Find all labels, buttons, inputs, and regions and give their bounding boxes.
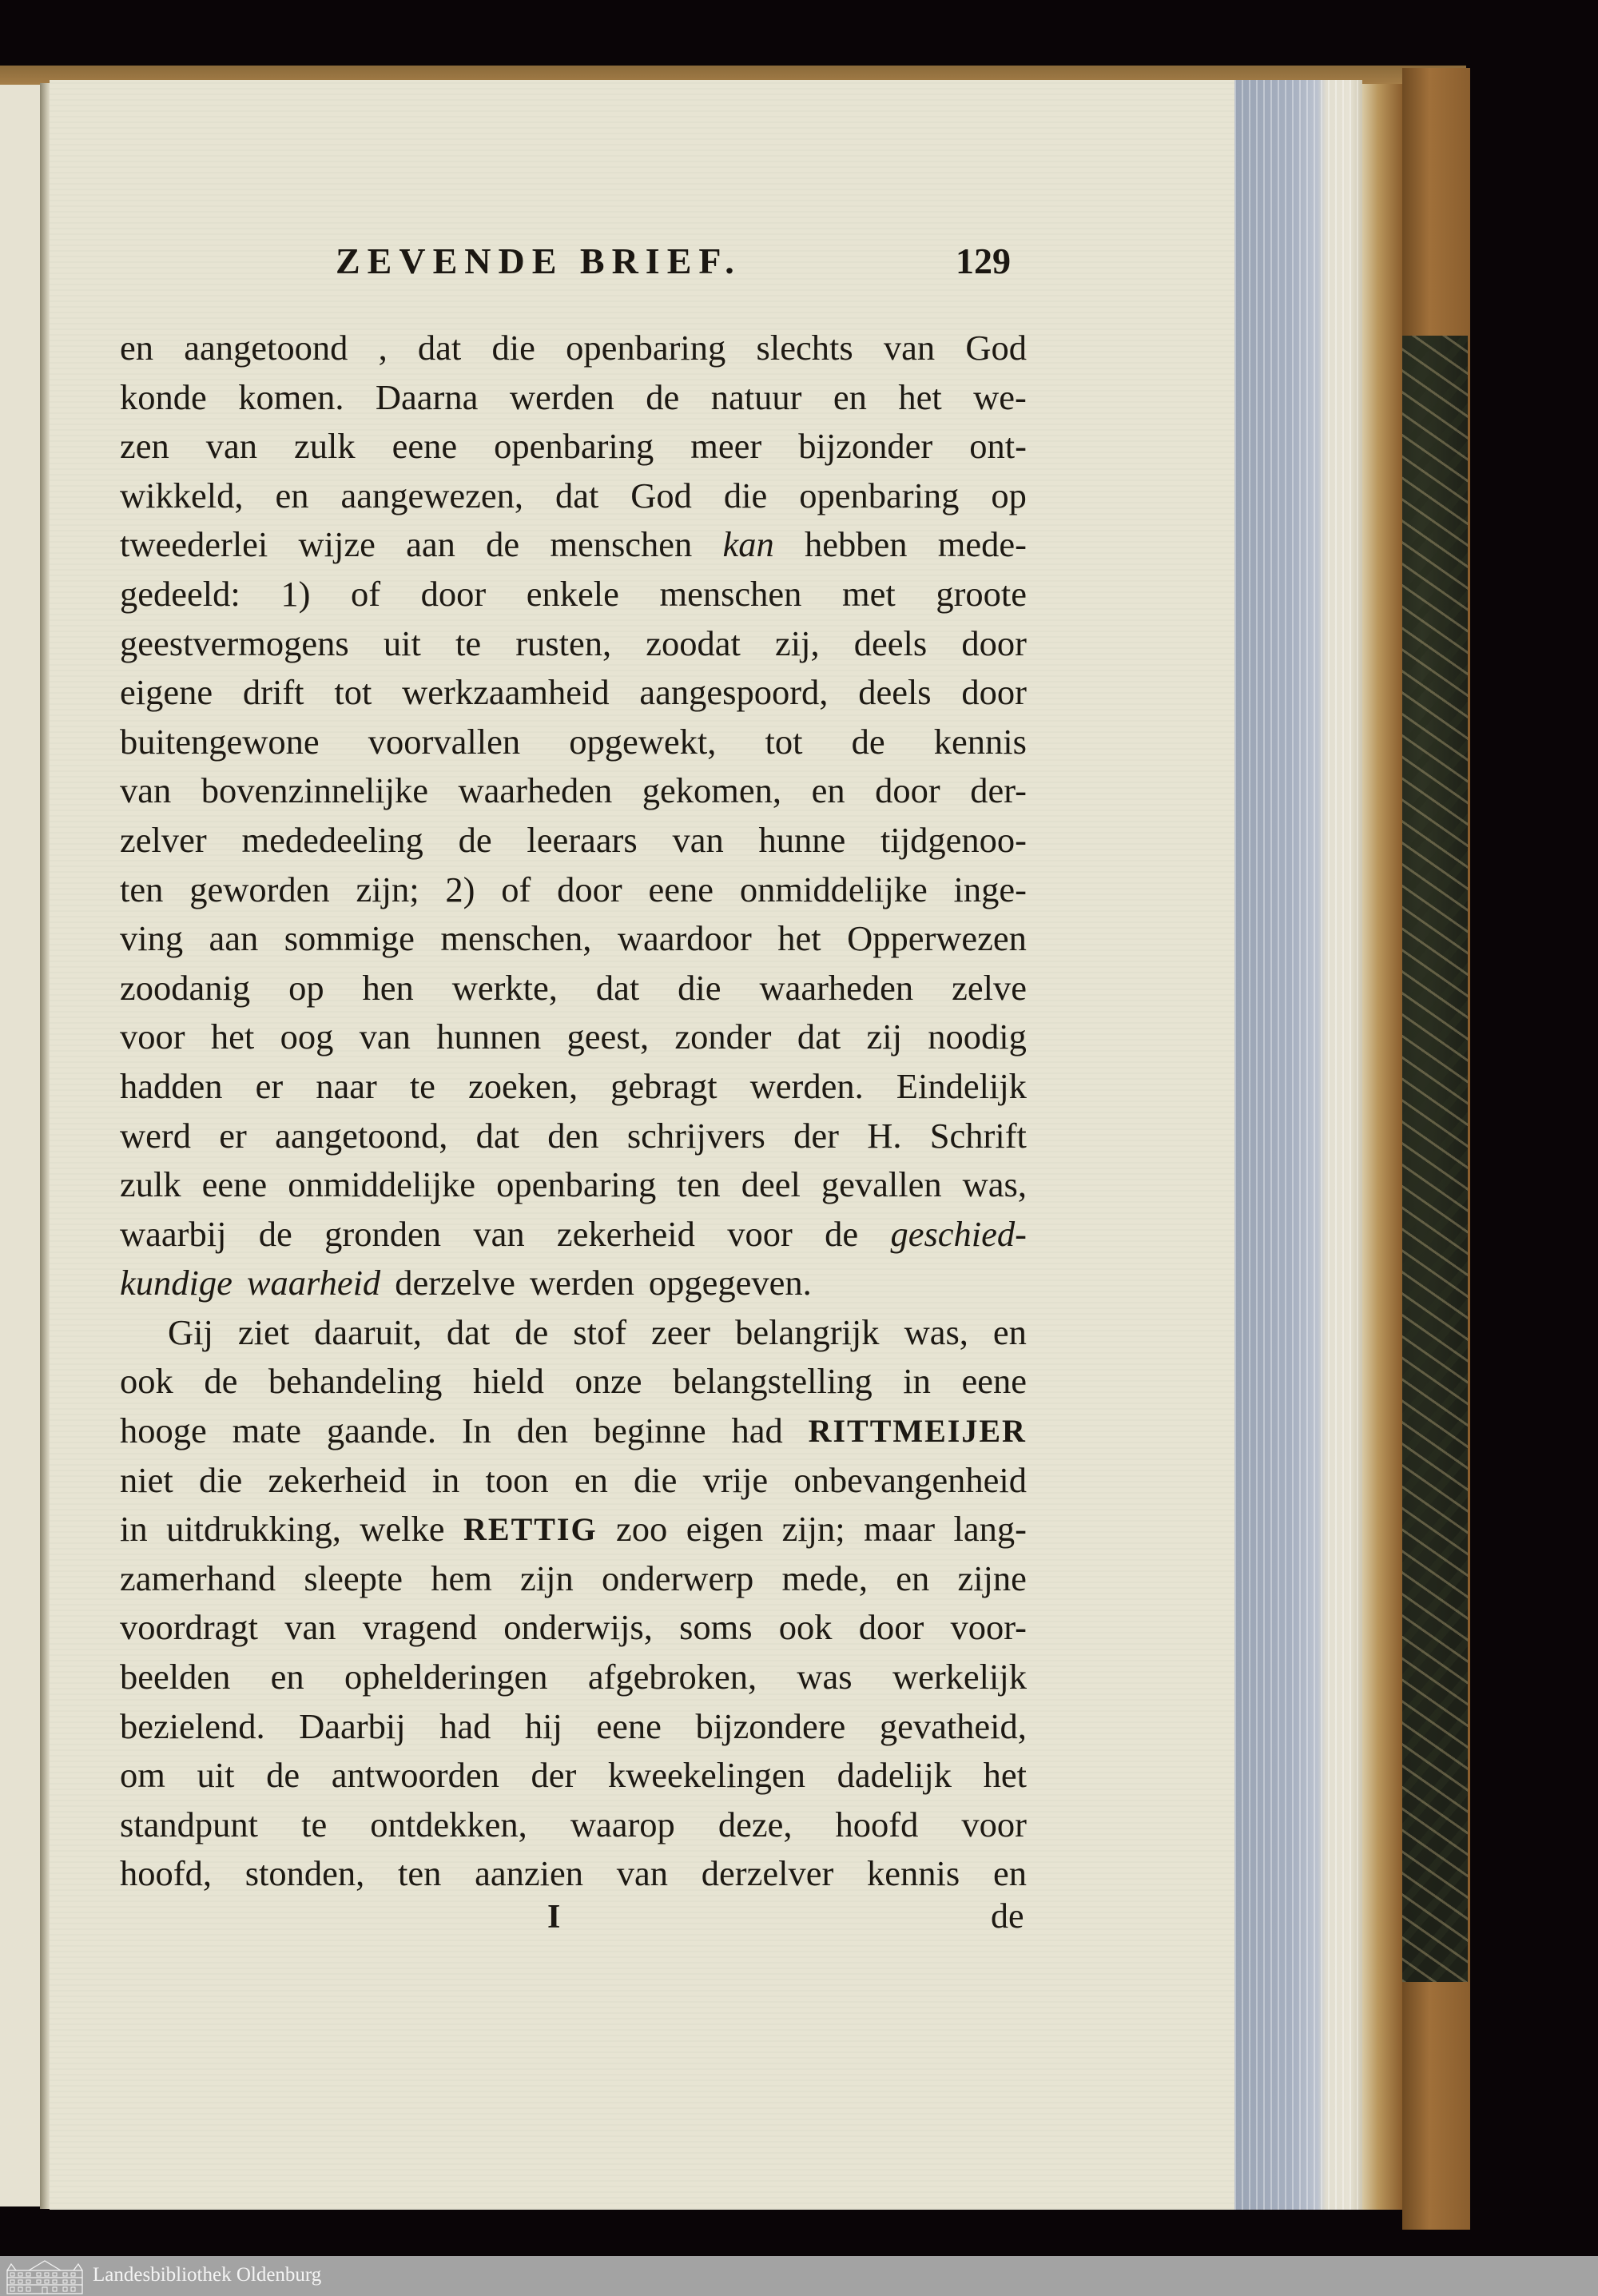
word: of (351, 570, 380, 619)
word: gedeeld: (120, 570, 240, 619)
word: eene (392, 422, 458, 472)
word: komen. (238, 373, 344, 423)
word: zijne (957, 1554, 1026, 1604)
word: zekerheid (557, 1210, 695, 1259)
text-line: omuitdeantwoordenderkweekelingendadelijk… (120, 1751, 1027, 1801)
word: werkelijk (892, 1653, 1027, 1702)
word: groote (936, 570, 1027, 619)
word: deels (858, 668, 931, 718)
word: derzelver (702, 1849, 834, 1899)
word: mede- (938, 520, 1027, 570)
word: deels (854, 619, 927, 669)
word: en (574, 1456, 608, 1506)
word: had (731, 1407, 782, 1456)
word: en (896, 1554, 929, 1604)
text-line: tweederleiwijzeaandemenschenkanhebbenmed… (120, 520, 1027, 570)
text-line: voordragtvanvragendonderwijs,somsookdoor… (120, 1603, 1027, 1653)
left-page-edge (0, 85, 42, 2206)
word: door (961, 668, 1027, 718)
catchword: de (991, 1896, 1024, 1936)
word: hen (363, 964, 414, 1013)
word: zoo (616, 1505, 667, 1554)
word: niet (120, 1456, 173, 1506)
word: door (961, 619, 1027, 669)
word: en (120, 324, 153, 373)
word: ophelderingen (344, 1653, 548, 1702)
word: geest, (567, 1013, 650, 1062)
word: onmiddelijke (288, 1160, 475, 1210)
word: gebragt (610, 1062, 717, 1112)
word: zijn; (782, 1505, 845, 1554)
word: onderwerp (602, 1554, 753, 1604)
word: Opperwezen (847, 914, 1027, 964)
word: rusten, (515, 619, 611, 669)
word: door (421, 570, 487, 619)
word: de (459, 816, 492, 865)
word: die (492, 324, 535, 373)
word: van (884, 324, 935, 373)
page-block-edges (1234, 80, 1362, 2210)
word: werkzaamheid (402, 668, 609, 718)
word: zelve (952, 964, 1027, 1013)
word: zoeken, (468, 1062, 578, 1112)
word: in (120, 1505, 148, 1554)
word: Daarbij (299, 1702, 405, 1752)
word: te (301, 1801, 327, 1850)
word: belangstelling (673, 1357, 873, 1407)
library-building-icon (5, 2259, 85, 2294)
word: natuur (711, 373, 802, 423)
word: belangrijk (735, 1308, 879, 1358)
word: voor (961, 1801, 1027, 1850)
word: hoofd, (120, 1849, 212, 1899)
text-line: nietdiezekerheidintoonendievrijeonbevang… (120, 1456, 1027, 1506)
word: de (266, 1751, 300, 1801)
word: der (793, 1112, 839, 1161)
word: zulk (120, 1160, 181, 1210)
word: buitengewone (120, 718, 320, 767)
text-line: vanbovenzinnelijkewaarhedengekomen,endoo… (120, 766, 1027, 816)
word: aangewezen, (340, 472, 523, 521)
word: de (259, 1210, 292, 1259)
word: deze, (718, 1801, 793, 1850)
word: van (206, 422, 257, 472)
word: ontdekken, (370, 1801, 527, 1850)
word: bijzondere (695, 1702, 845, 1752)
word: hadden (120, 1062, 223, 1112)
word: kweekelingen (608, 1751, 805, 1801)
word: ook (779, 1603, 833, 1653)
word: werd (120, 1112, 191, 1161)
word: inge- (954, 865, 1027, 915)
text-line: zamerhandsleeptehemzijnonderwerpmede,enz… (120, 1554, 1027, 1604)
word: meer (690, 422, 761, 472)
word: het (777, 914, 821, 964)
gutter-shadow (40, 83, 50, 2209)
word: gevatheid, (880, 1702, 1027, 1752)
word: standpunt (120, 1801, 258, 1850)
body-text: enaangetoond,datdieopenbaringslechtsvanG… (120, 324, 1027, 1899)
word: gronden (324, 1210, 441, 1259)
word: was (797, 1653, 852, 1702)
word: de (204, 1357, 237, 1407)
word: tijdgenoo- (880, 816, 1027, 865)
word: de (825, 1210, 858, 1259)
word: van (617, 1849, 668, 1899)
word: werden (510, 373, 614, 423)
word: beelden (120, 1653, 230, 1702)
word: aanzien (475, 1849, 583, 1899)
word: ten (120, 865, 163, 915)
footer-institution-name: Landesbibliothek Oldenburg (93, 2264, 321, 2286)
word: voordragt (120, 1603, 258, 1653)
text-line: kondekomen.Daarnawerdendenatuurenhetwe- (120, 373, 1027, 423)
text-line: zulkeeneonmiddelijkeopenbaringtendeelgev… (120, 1160, 1027, 1210)
word: schrijvers (627, 1112, 765, 1161)
word: aangetoond (184, 324, 348, 373)
word: openbaring (566, 324, 725, 373)
word: door (875, 766, 940, 816)
word: zoodanig (120, 964, 250, 1013)
word: leeraars (527, 816, 637, 865)
word: opgegeven. (649, 1259, 812, 1308)
word: bezielend. (120, 1702, 265, 1752)
word: de (646, 373, 679, 423)
word: menschen (550, 520, 692, 570)
word: onderwijs, (503, 1603, 653, 1653)
text-line: tengewordenzijn;2)ofdooreeneonmiddelijke… (120, 865, 1027, 915)
text-line: wikkeld,enaangewezen,datGoddieopenbaring… (120, 472, 1027, 521)
word: onmiddelijke (740, 865, 928, 915)
word: zijn (520, 1554, 574, 1604)
word: waarbij (120, 1210, 226, 1259)
word: of (501, 865, 531, 915)
word: zamerhand (120, 1554, 276, 1604)
word: en (275, 472, 308, 521)
word: aan (209, 914, 259, 964)
word: toon (485, 1456, 548, 1506)
word: uitdrukking, (166, 1505, 341, 1554)
word: noodig (928, 1013, 1027, 1062)
footer-bar: Landesbibliothek Oldenburg (0, 2256, 1598, 2296)
word: RITTMEIJER (809, 1407, 1027, 1456)
word: menschen, (440, 914, 591, 964)
text-line: hoofd,stonden,tenaanzienvanderzelverkenn… (120, 1849, 1027, 1899)
word: om (120, 1751, 165, 1801)
word: wikkeld, (120, 472, 244, 521)
board-edge (1362, 84, 1402, 2210)
word: derzelve (395, 1259, 515, 1308)
word: hoofd (836, 1801, 919, 1850)
word: sommige (284, 914, 415, 964)
word: naar (316, 1062, 377, 1112)
running-head-title: ZEVENDE BRIEF. (336, 240, 741, 282)
word: waardoor (618, 914, 752, 964)
text-line: geestvermogensuitterusten,zoodatzij,deel… (120, 619, 1027, 669)
text-line: haddenernaartezoeken,gebragtwerden.Einde… (120, 1062, 1027, 1112)
word: welke (360, 1505, 444, 1554)
word: waarheden (759, 964, 913, 1013)
word: de (515, 1308, 548, 1358)
word: de (486, 520, 519, 570)
word: mededeeling (241, 816, 423, 865)
word: ont- (969, 422, 1027, 472)
word: stonden, (245, 1849, 365, 1899)
page-number: 129 (956, 240, 1011, 282)
word: werden (530, 1259, 634, 1308)
word: ziet (238, 1308, 289, 1358)
word: voor (120, 1013, 185, 1062)
word: die (724, 472, 767, 521)
word: daaruit, (314, 1308, 422, 1358)
word: er (256, 1062, 284, 1112)
word: voorvallen (368, 718, 520, 767)
word: eigene (120, 668, 213, 718)
word: eene (596, 1702, 662, 1752)
word: eigen (686, 1505, 763, 1554)
word: bovenzinnelijke (201, 766, 428, 816)
word: waarheden (459, 766, 613, 816)
word: 2) (445, 865, 475, 915)
word: dat (418, 324, 461, 373)
text-line: enaangetoond,datdieopenbaringslechtsvanG… (120, 324, 1027, 373)
word: die (634, 1456, 677, 1506)
word: voor- (951, 1603, 1028, 1653)
marbled-board (1402, 336, 1468, 1982)
word: waarheid (247, 1259, 380, 1308)
word: en (271, 1653, 304, 1702)
word: Eindelijk (896, 1062, 1027, 1112)
word: geworden (189, 865, 329, 915)
word: en (993, 1308, 1027, 1358)
word: aan (406, 520, 455, 570)
word: H. (867, 1112, 901, 1161)
word: openbaring (496, 1160, 656, 1210)
text-line: inuitdrukking,welkeRETTIGzooeigenzijn;ma… (120, 1505, 1027, 1554)
word: dat (596, 964, 639, 1013)
word: opgewekt, (569, 718, 716, 767)
word: tweederlei (120, 520, 268, 570)
word: eene (961, 1357, 1027, 1407)
word: die (199, 1456, 242, 1506)
word: onze (574, 1357, 642, 1407)
text-line: gedeeld:1)ofdoorenkelemenschenmetgroote (120, 570, 1027, 619)
word: werkte, (452, 964, 558, 1013)
word: zijn; (356, 865, 419, 915)
word: zij (867, 1013, 902, 1062)
word: en (833, 373, 867, 423)
word: slechts (757, 324, 853, 373)
word: uit (384, 619, 421, 669)
word: zelver (120, 816, 207, 865)
word: vrije (703, 1456, 769, 1506)
word: bijzonder (798, 422, 932, 472)
word: uit (197, 1751, 235, 1801)
word: kan (723, 520, 774, 570)
word: kennis (934, 718, 1027, 767)
text-line: standpuntteontdekken,waaropdeze,hoofdvoo… (120, 1801, 1027, 1850)
word: zekerheid (268, 1456, 407, 1506)
word: ten (398, 1849, 441, 1899)
word: drift (243, 668, 304, 718)
word: dat (797, 1013, 841, 1062)
word: door (557, 865, 622, 915)
word: Gij (168, 1308, 213, 1358)
word: was, (963, 1160, 1027, 1210)
word: antwoorden (332, 1751, 499, 1801)
word: van (473, 1210, 524, 1259)
word: dat (447, 1308, 490, 1358)
word: , (379, 324, 388, 373)
word: van (284, 1603, 336, 1653)
word: in (903, 1357, 931, 1407)
word: gevallen (821, 1160, 942, 1210)
word: onbevangenheid (793, 1456, 1027, 1506)
text-line: waarbijdegrondenvanzekerheidvoordegeschi… (120, 1210, 1027, 1259)
text-line: kundigewaarheidderzelvewerdenopgegeven. (120, 1259, 1027, 1308)
word: 1) (280, 570, 310, 619)
word: voor (727, 1210, 793, 1259)
word: aangetoond, (275, 1112, 447, 1161)
word: zoodat (646, 619, 741, 669)
word: het (211, 1013, 254, 1062)
word: den (517, 1407, 568, 1456)
word: der- (970, 766, 1027, 816)
word: geschied- (890, 1210, 1027, 1259)
word: aangespoord, (639, 668, 828, 718)
word: den (547, 1112, 598, 1161)
word: er (219, 1112, 247, 1161)
signature-mark: I (547, 1898, 560, 1936)
word: die (678, 964, 721, 1013)
word: konde (120, 373, 207, 423)
word: en (993, 1849, 1027, 1899)
word: In (462, 1407, 491, 1456)
word: hebben (805, 520, 908, 570)
word: Daarna (376, 373, 478, 423)
word: sleepte (304, 1554, 403, 1604)
word: was, (904, 1308, 968, 1358)
word: enkele (527, 570, 619, 619)
word: mede, (781, 1554, 868, 1604)
word: zen (120, 422, 169, 472)
text-line: Gijzietdaaruit,datdestofzeerbelangrijkwa… (120, 1308, 1027, 1358)
word: van (360, 1013, 411, 1062)
word: RETTIG (463, 1505, 598, 1554)
word: ten (677, 1160, 720, 1210)
word: hooge (120, 1407, 207, 1456)
word: deel (741, 1160, 801, 1210)
word: geestvermogens (120, 619, 349, 669)
word: Schrift (930, 1112, 1027, 1161)
text-line: voorhetoogvanhunnengeest,zonderdatzijnoo… (120, 1013, 1027, 1062)
word: dat (476, 1112, 519, 1161)
word: ook (120, 1357, 173, 1407)
word: het (898, 373, 941, 423)
word: in (432, 1456, 460, 1506)
word: waarop (570, 1801, 675, 1850)
word: kennis (867, 1849, 960, 1899)
word: menschen (659, 570, 801, 619)
word: op (288, 964, 324, 1013)
word: openbaring (799, 472, 959, 521)
text-line: bezielend.Daarbijhadhijeenebijzonderegev… (120, 1702, 1027, 1752)
word: eene (649, 865, 714, 915)
word: God (630, 472, 692, 521)
running-head: ZEVENDE BRIEF. 129 (336, 240, 1011, 288)
word: vragend (363, 1603, 477, 1653)
word: hem (431, 1554, 492, 1604)
word: had (439, 1702, 491, 1752)
word: op (991, 472, 1027, 521)
word: te (410, 1062, 435, 1112)
word: dat (555, 472, 598, 521)
word: we- (973, 373, 1027, 423)
word: hunnen (436, 1013, 541, 1062)
word: afgebroken, (588, 1653, 757, 1702)
word: werden. (750, 1062, 864, 1112)
word: tot (765, 718, 803, 767)
word: zij, (775, 619, 820, 669)
word: openbaring (494, 422, 654, 472)
word: het (984, 1751, 1027, 1801)
word: beginne (594, 1407, 706, 1456)
text-line: zenvanzulkeeneopenbaringmeerbijzonderont… (120, 422, 1027, 472)
word: hij (525, 1702, 562, 1752)
word: door (859, 1603, 924, 1653)
word: met (842, 570, 896, 619)
word: oog (280, 1013, 334, 1062)
word: stof (573, 1308, 626, 1358)
word: de (852, 718, 885, 767)
text-line: buitengewonevoorvallenopgewekt,totdekenn… (120, 718, 1027, 767)
text-line: vingaansommigemenschen,waardoorhetOpperw… (120, 914, 1027, 964)
word: gaande. (327, 1407, 436, 1456)
word: soms (679, 1603, 753, 1653)
word: God (965, 324, 1027, 373)
word: tot (334, 668, 372, 718)
word: mate (233, 1407, 301, 1456)
text-line: beeldenenophelderingenafgebroken,waswerk… (120, 1653, 1027, 1702)
word: en (812, 766, 845, 816)
word: zeer (651, 1308, 710, 1358)
text-line: hoogemategaande.IndenbeginnehadRITTMEIJE… (120, 1407, 1027, 1456)
text-line: werderaangetoond,datdenschrijversderH.Sc… (120, 1112, 1027, 1161)
text-line: eigenedrifttotwerkzaamheidaangespoord,de… (120, 668, 1027, 718)
text-line: ookdebehandelinghieldonzebelangstellingi… (120, 1357, 1027, 1407)
text-line: zelvermededeelingdeleeraarsvanhunnetijdg… (120, 816, 1027, 865)
word: zulk (294, 422, 356, 472)
word: behandeling (268, 1357, 442, 1407)
word: zonder (674, 1013, 771, 1062)
word: te (455, 619, 481, 669)
word: gekomen, (642, 766, 781, 816)
word: van (672, 816, 723, 865)
word: maar (864, 1505, 935, 1554)
word: ving (120, 914, 183, 964)
word: hunne (758, 816, 845, 865)
word: hield (473, 1357, 544, 1407)
word: der (531, 1751, 576, 1801)
word: dadelijk (837, 1751, 952, 1801)
word: eene (202, 1160, 268, 1210)
word: kundige (120, 1259, 233, 1308)
text-line: zoodanigophenwerkte,datdiewaarhedenzelve (120, 964, 1027, 1013)
word: lang- (953, 1505, 1026, 1554)
word: van (120, 766, 171, 816)
word: wijze (299, 520, 376, 570)
